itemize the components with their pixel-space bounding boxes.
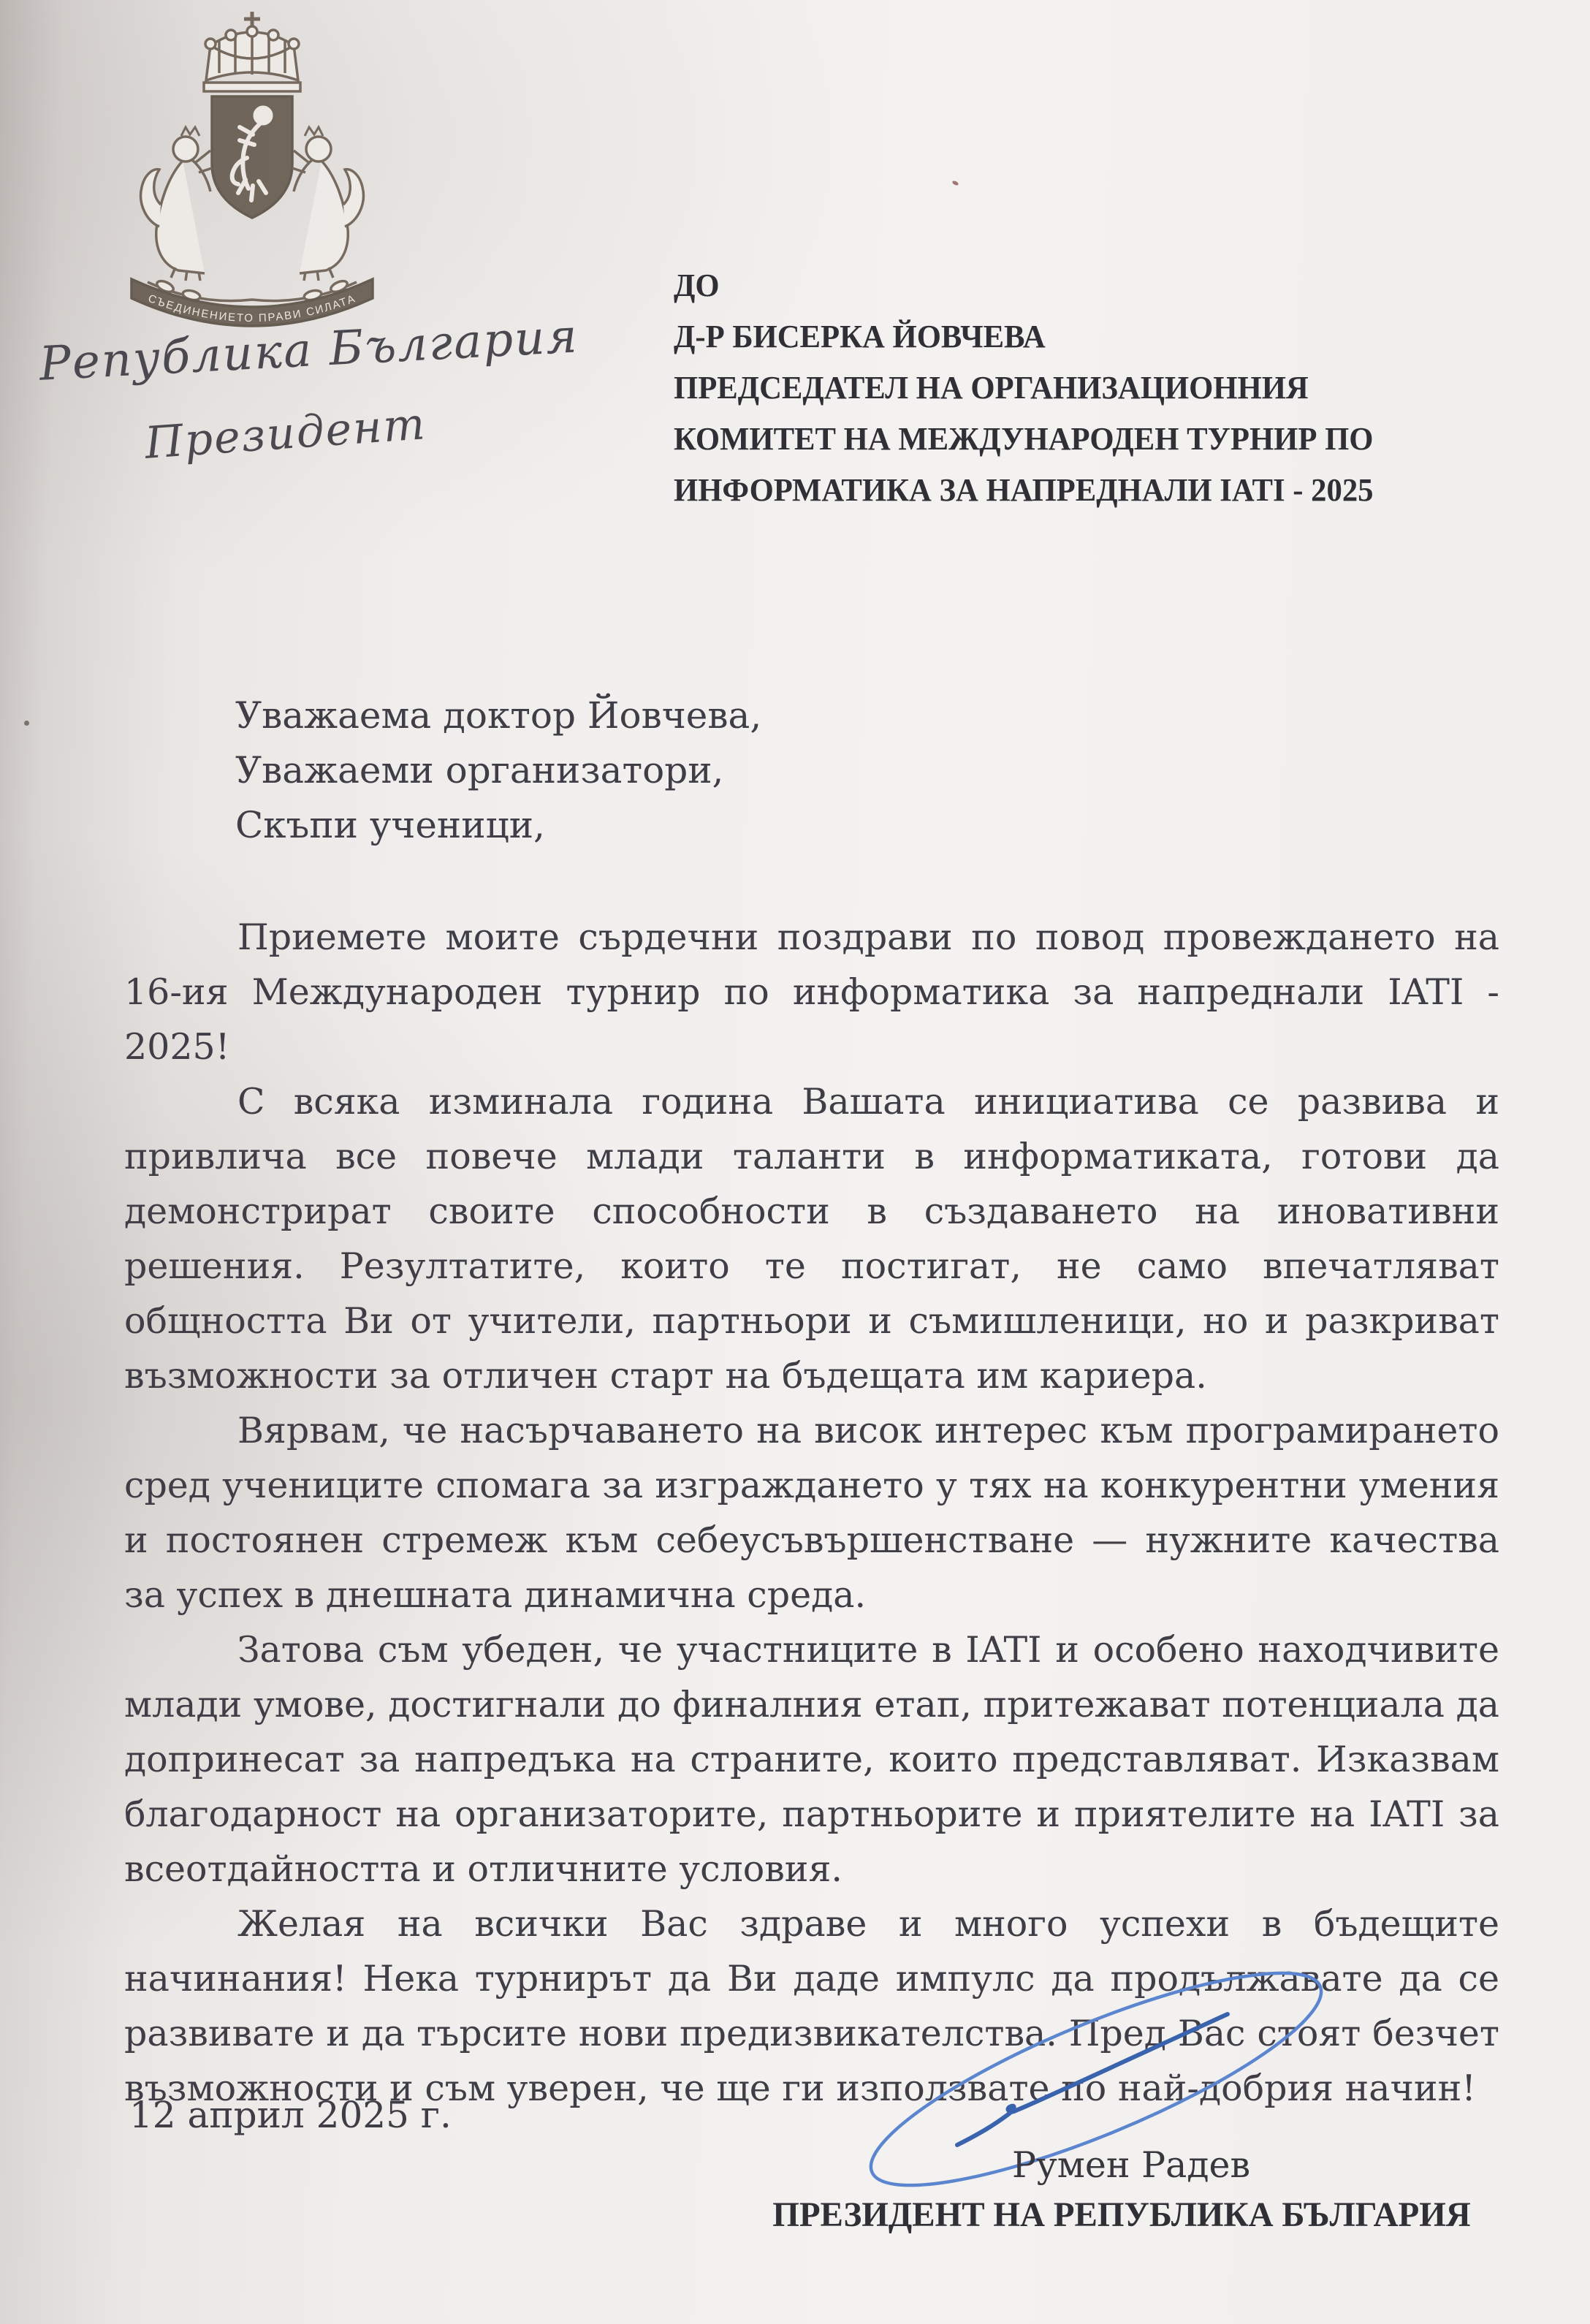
recipient-line: ПРЕДСЕДАТЕЛ НА ОРГАНИЗАЦИОННИЯ	[674, 362, 1374, 414]
scan-speck	[951, 180, 959, 186]
salutation-line: Уважаема доктор Йовчева,	[235, 688, 761, 743]
recipient-line: Д-Р БИСЕРКА ЙОВЧЕВА	[674, 311, 1374, 362]
recipient-line: КОМИТЕТ НА МЕЖДУНАРОДЕН ТУРНИР ПО	[674, 414, 1374, 465]
handwritten-signature	[824, 1928, 1394, 2235]
recipient-line: ИНФОРМАТИКА ЗА НАПРЕДНАЛИ IATI - 2025	[674, 465, 1374, 516]
paragraph: С всяка изминала година Вашата инициатив…	[124, 1074, 1499, 1403]
letterhead-office: Президент	[143, 398, 428, 469]
paragraph: Затова съм убеден, че участниците в IATI…	[124, 1622, 1499, 1896]
bulgaria-coat-of-arms-icon: СЪЕДИНЕНИЕТО ПРАВИ СИЛАТА	[89, 7, 415, 333]
paragraph: Приемете моите сърдечни поздрави по пово…	[124, 910, 1499, 1074]
salutation-line: Уважаеми организатори,	[235, 743, 761, 798]
signatory-name: Румен Радев	[1012, 2144, 1250, 2186]
letter-page: СЪЕДИНЕНИЕТО ПРАВИ СИЛАТА Република Бълг…	[0, 0, 1590, 2324]
date-line: 12 април 2025 г.	[129, 2094, 452, 2136]
signatory-title: ПРЕЗИДЕНТ НА РЕПУБЛИКА БЪЛГАРИЯ	[749, 2195, 1494, 2235]
scan-speck	[24, 721, 29, 726]
recipient-block: ДО Д-Р БИСЕРКА ЙОВЧЕВА ПРЕДСЕДАТЕЛ НА ОР…	[674, 260, 1374, 516]
recipient-line: ДО	[674, 260, 1374, 311]
salutation-block: Уважаема доктор Йовчева, Уважаеми органи…	[235, 688, 761, 853]
paragraph: Вярвам, че насърчаването на висок интере…	[124, 1403, 1499, 1622]
salutation-line: Скъпи ученици,	[235, 798, 761, 853]
